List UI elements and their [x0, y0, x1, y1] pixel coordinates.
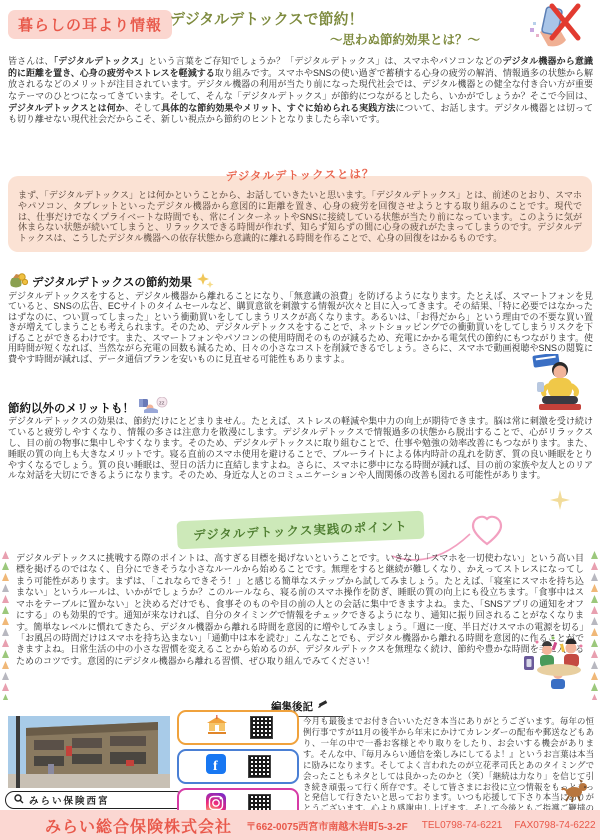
footer-bar: みらい総合保険株式会社 〒662-0075西宮市南越木岩町5-3-2F TEL0…: [0, 810, 600, 840]
section-merits-heading: 節約以外のメリットも！ zz: [8, 397, 170, 418]
section-savings-body: デジタルデトックスをすると、デジタル機器から離れることになり、「無意識の浪費」を…: [8, 291, 593, 364]
section-merits-body: デジタルデトックスの効果は、節約だけにとどまりません。たとえば、ストレスの軽減や…: [8, 416, 593, 481]
sparkle-icon: [196, 273, 214, 292]
intro-paragraph: 皆さんは、「デジタルデトックス」という言葉をご存知でしょうか？「デジタルデトック…: [8, 56, 593, 126]
svg-text:f: f: [213, 759, 218, 774]
company-address: 〒662-0075西宮市南越木岩町5-3-2F: [246, 818, 408, 833]
intro-text-bold: 具体的な節約効果やメリット、すぐに始められる実践方法: [161, 103, 395, 113]
section-what-is-digital-detox: デジタルデトックスとは？ まず、「デジタルデトックス」とは何かということから、お…: [8, 176, 592, 252]
section-what-title: デジタルデトックスとは？: [8, 162, 592, 188]
section-savings-heading: デジタルデトックスの節約効果: [8, 272, 214, 292]
triangle-border-left: [1, 550, 10, 705]
facebook-qr-code: [249, 756, 270, 777]
section-practice-body: デジタルデトックスに挑戦する際のポイントは、高すぎる目標を掲げないということです…: [16, 553, 584, 667]
intro-text-bold: デジタルデトックスとは何か: [8, 103, 125, 113]
newsletter-category-badge: 暮らしの耳より情報: [8, 10, 172, 39]
pencil-icon: [316, 701, 329, 713]
search-label: みらい保険西宮: [29, 793, 110, 807]
homepage-logo: [204, 715, 230, 740]
magnifier-icon: [14, 794, 24, 807]
homepage-link-with-qr[interactable]: [177, 710, 299, 745]
money-coins-icon: [8, 272, 28, 292]
triangle-border-right: [590, 550, 599, 705]
company-fax: FAX0798-74-6222: [514, 820, 595, 831]
search-button[interactable]: みらい保険西宮: [5, 791, 185, 809]
sparkle-icon: [550, 490, 570, 515]
sns-links-column: f: [177, 710, 299, 823]
page-title-line1: デジタルデトックスで節約！: [170, 8, 480, 29]
editor-note-heading: 編集後記: [0, 699, 600, 717]
intro-text: 皆さんは、: [8, 56, 54, 66]
homepage-qr-code: [251, 717, 272, 738]
meditating-woman-illustration: [531, 354, 589, 421]
page-title: デジタルデトックスで節約！ ～思わぬ節約効果とは？～: [170, 8, 480, 48]
section-what-body: まず、「デジタルデトックス」とは何かということから、お話していきたいと思います。…: [18, 190, 582, 244]
office-building-photo: [8, 716, 170, 793]
svg-text:zz: zz: [159, 401, 165, 407]
sleeping-person-icon: zz: [138, 397, 170, 418]
running-dog-illustration: [561, 779, 589, 808]
family-dinner-illustration: [523, 634, 589, 699]
page-title-line2: ～思わぬ節約効果とは？～: [170, 30, 480, 48]
section-practice-title: デジタルデトックス実践のポイント: [176, 511, 424, 550]
section-merits-title: 節約以外のメリットも！: [8, 400, 134, 416]
company-name: みらい総合保険株式会社: [45, 814, 232, 837]
facebook-icon: f: [206, 754, 226, 779]
intro-text: という言葉をご存知でしょうか？「デジタルデトックス」は、スマホやパソコンなどの: [148, 56, 502, 66]
intro-text: 、そして: [125, 103, 161, 113]
intro-text-bold: 「デジタルデトックス」: [54, 56, 149, 66]
company-tel: TEL0798-74-6221: [422, 820, 503, 831]
facebook-link-with-qr[interactable]: f: [177, 749, 299, 784]
section-savings-title: デジタルデトックスの節約効果: [32, 274, 192, 290]
editor-note-body: 今月も最後までお付き合いいただき本当にありがとうございます。毎年の恒例行事ですが…: [303, 716, 594, 825]
phone-with-red-x-icon: [522, 2, 584, 57]
